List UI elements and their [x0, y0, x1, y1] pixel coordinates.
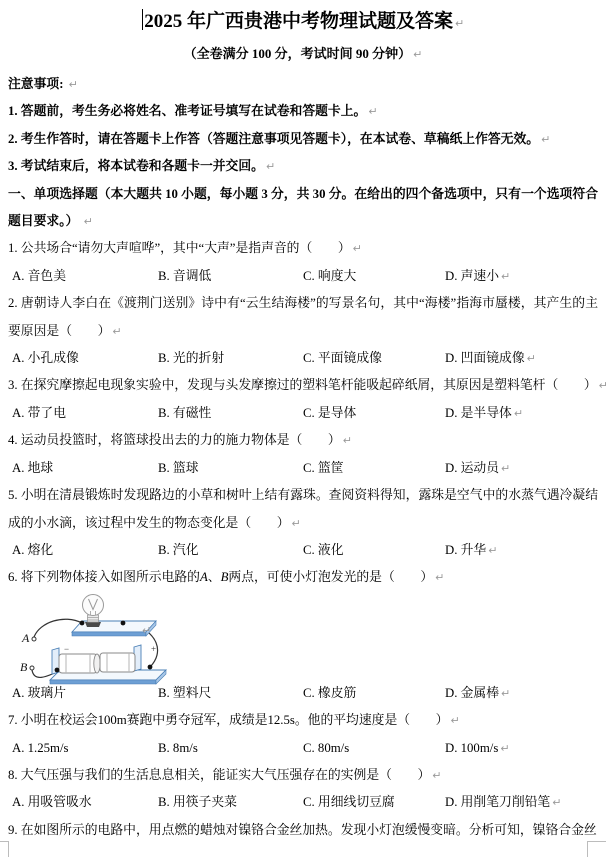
- question-text: 6. 将下列物体接入如图所示电路的A、B两点，可使小灯泡发光的是（ ）↵: [8, 564, 598, 591]
- question-text: 5. 小明在清晨锻炼时发现路边的小草和树叶上结有露珠。查阅资料得知，露珠是空气中…: [8, 482, 598, 537]
- paragraph-mark-icon: ↵: [292, 517, 301, 530]
- option-d: D. 声速小↵: [445, 263, 598, 290]
- text-boundary-mark-bottom-left: [0, 841, 9, 857]
- option-b: B. 8m/s: [158, 735, 303, 762]
- paragraph-mark-icon: ↵: [435, 571, 444, 584]
- question-6: 6. 将下列物体接入如图所示电路的A、B两点，可使小灯泡发光的是（ ）↵: [8, 564, 598, 707]
- paragraph-mark-icon: ↵: [599, 379, 606, 392]
- bulb-neck: [88, 615, 99, 622]
- bulb-globe: [83, 594, 104, 615]
- paragraph-mark-icon: ↵: [142, 624, 151, 637]
- option-a: A. 用吸管吸水: [12, 789, 158, 816]
- question-4: 4. 运动员投篮时，将篮球投出去的力的施力物体是（ ）↵ A. 地球 B. 篮球…: [8, 427, 598, 482]
- option-c: C. 80m/s: [303, 735, 445, 762]
- question-7: 7. 小明在校运会100m赛跑中勇夺冠军，成绩是12.5s。他的平均速度是（ ）…: [8, 707, 598, 762]
- option-a: A. 音色美: [12, 263, 158, 290]
- question-2: 2. 唐朝诗人李白在《渡荆门送别》诗中有“云生结海楼”的写景名句，其中“海楼”指…: [8, 290, 598, 372]
- doc-title-text: 2025 年广西贵港中考物理试题及答案: [144, 11, 453, 32]
- paragraph-mark-icon: ↵: [69, 78, 78, 91]
- option-row: A. 地球 B. 篮球 C. 篮筐 D. 运动员↵: [8, 455, 598, 482]
- question-9: 9. 在如图所示的电路中，用点燃的蜡烛对镍铬合金丝加热。发现小灯泡缓慢变暗。分析…: [8, 817, 598, 844]
- battery-cell-cap: [94, 654, 100, 673]
- question-text: 1. 公共场合“请勿大声喧哗”，其中“大声”是指声音的（ ）↵: [8, 235, 598, 262]
- paragraph-mark-icon: ↵: [112, 325, 121, 338]
- document-page: 2025 年广西贵港中考物理试题及答案↵ （全卷满分 100 分，考试时间 90…: [0, 0, 606, 844]
- bulb-platform-front: [72, 632, 146, 636]
- option-a: A. 熔化: [12, 537, 158, 564]
- option-b: B. 音调低: [158, 263, 303, 290]
- terminal-b-label: B: [20, 660, 28, 674]
- battery-terminal-positive: [148, 664, 153, 669]
- section-heading: 一、单项选择题（本大题共 10 小题，每小题 3 分，共 30 分。在给出的四个…: [8, 181, 598, 236]
- battery-cell-right: [100, 653, 135, 672]
- terminal-b: [30, 666, 34, 670]
- option-c: C. 橡皮筋: [303, 680, 445, 707]
- variable-a: A: [200, 570, 208, 584]
- paragraph-mark-icon: ↵: [501, 462, 510, 475]
- terminal-a: [32, 637, 36, 641]
- doc-subtitle-text: （全卷满分 100 分，考试时间 90 分钟）: [184, 46, 412, 61]
- bulb-terminal-right: [121, 620, 126, 625]
- option-row: A. 带了电 B. 有磁性 C. 是导体 D. 是半导体↵: [8, 400, 598, 427]
- question-text: 9. 在如图所示的电路中，用点燃的蜡烛对镍铬合金丝加热。发现小灯泡缓慢变暗。分析…: [8, 817, 598, 844]
- bulb-terminal-left: [80, 620, 85, 625]
- question-1: 1. 公共场合“请勿大声喧哗”，其中“大声”是指声音的（ ）↵ A. 音色美 B…: [8, 235, 598, 290]
- circuit-diagram: − + A B: [20, 592, 200, 688]
- question-text: 4. 运动员投篮时，将篮球投出去的力的施力物体是（ ）↵: [8, 427, 598, 454]
- paragraph-mark-icon: ↵: [343, 434, 352, 447]
- paragraph-mark-icon: ↵: [527, 352, 536, 365]
- option-a: A. 带了电: [12, 400, 158, 427]
- option-c: C. 用细线切豆腐: [303, 789, 445, 816]
- paragraph-mark-icon: ↵: [413, 48, 422, 61]
- paragraph-mark-icon: ↵: [432, 769, 441, 782]
- option-a: A. 小孔成像: [12, 345, 158, 372]
- option-c: C. 是导体: [303, 400, 445, 427]
- question-text: 7. 小明在校运会100m赛跑中勇夺冠军，成绩是12.5s。他的平均速度是（ ）…: [8, 707, 598, 734]
- option-a: A. 地球: [12, 455, 158, 482]
- notice-item-3: 3. 考试结束后，将本试卷和各题卡一并交回。↵: [8, 153, 598, 180]
- terminal-a-label: A: [21, 631, 30, 645]
- bulb-socket: [85, 622, 101, 627]
- option-c: C. 液化: [303, 537, 445, 564]
- battery-cell-left: [59, 654, 97, 673]
- paragraph-mark-icon: ↵: [500, 742, 509, 755]
- paragraph-mark-icon: ↵: [514, 407, 523, 420]
- notice-heading: 注意事项: ↵: [8, 71, 598, 98]
- option-b: B. 汽化: [158, 537, 303, 564]
- doc-title: 2025 年广西贵港中考物理试题及答案↵: [8, 6, 598, 40]
- battery-platform-front: [50, 680, 156, 684]
- question-8: 8. 大气压强与我们的生活息息相关，能证实大气压强存在的实例是（ ）↵ A. 用…: [8, 762, 598, 817]
- paragraph-mark-icon: ↵: [353, 242, 362, 255]
- paragraph-mark-icon: ↵: [368, 105, 377, 118]
- text-boundary-mark-bottom-right: [587, 841, 606, 857]
- notice-item-2: 2. 考生作答时，请在答题卡上作答（答题注意事项见答题卡），在本试卷、草稿纸上作…: [8, 126, 598, 153]
- paragraph-mark-icon: ↵: [552, 796, 561, 809]
- option-b: B. 用筷子夹菜: [158, 789, 303, 816]
- option-d: D. 金属棒↵: [445, 680, 598, 707]
- option-d: D. 100m/s↵: [445, 735, 598, 762]
- option-row: A. 1.25m/s B. 8m/s C. 80m/s D. 100m/s↵: [8, 735, 598, 762]
- option-row: A. 小孔成像 B. 光的折射 C. 平面镜成像 D. 凹面镜成像↵: [8, 345, 598, 372]
- paragraph-mark-icon: ↵: [501, 270, 510, 283]
- paragraph-mark-icon: ↵: [84, 215, 93, 228]
- option-d: D. 运动员↵: [445, 455, 598, 482]
- option-d: D. 是半导体↵: [445, 400, 598, 427]
- circuit-figure: − + A B ↵: [20, 592, 200, 680]
- option-b: B. 篮球: [158, 455, 303, 482]
- option-row: A. 熔化 B. 汽化 C. 液化 D. 升华↵: [8, 537, 598, 564]
- option-c: C. 响度大: [303, 263, 445, 290]
- paragraph-mark-icon: ↵: [501, 687, 510, 700]
- minus-label: −: [64, 644, 69, 654]
- paragraph-mark-icon: ↵: [266, 160, 275, 173]
- option-d: D. 用削笔刀削铅笔↵: [445, 789, 598, 816]
- option-d: D. 凹面镜成像↵: [445, 345, 598, 372]
- question-text: 3. 在探究摩擦起电现象实验中，发现与头发摩擦过的塑料笔杆能吸起碎纸屑，其原因是…: [8, 372, 598, 399]
- option-d: D. 升华↵: [445, 537, 598, 564]
- option-b: B. 光的折射: [158, 345, 303, 372]
- paragraph-mark-icon: ↵: [450, 714, 459, 727]
- battery-terminal-negative: [55, 667, 60, 672]
- paragraph-mark-icon: ↵: [488, 544, 497, 557]
- paragraph-mark-icon: ↵: [541, 133, 550, 146]
- option-row: A. 用吸管吸水 B. 用筷子夹菜 C. 用细线切豆腐 D. 用削笔刀削铅笔↵: [8, 789, 598, 816]
- plus-label: +: [151, 644, 156, 654]
- paragraph-mark-icon: ↵: [455, 17, 464, 30]
- option-b: B. 有磁性: [158, 400, 303, 427]
- option-row: A. 音色美 B. 音调低 C. 响度大 D. 声速小↵: [8, 263, 598, 290]
- notice-item-1: 1. 答题前，考生务必将姓名、准考证号填写在试卷和答题卡上。↵: [8, 98, 598, 125]
- question-5: 5. 小明在清晨锻炼时发现路边的小草和树叶上结有露珠。查阅资料得知，露珠是空气中…: [8, 482, 598, 564]
- question-text: 2. 唐朝诗人李白在《渡荆门送别》诗中有“云生结海楼”的写景名句，其中“海楼”指…: [8, 290, 598, 345]
- doc-subtitle: （全卷满分 100 分，考试时间 90 分钟）↵: [8, 40, 598, 69]
- option-c: C. 篮筐: [303, 455, 445, 482]
- question-text: 8. 大气压强与我们的生活息息相关，能证实大气压强存在的实例是（ ）↵: [8, 762, 598, 789]
- option-a: A. 1.25m/s: [12, 735, 158, 762]
- question-3: 3. 在探究摩擦起电现象实验中，发现与头发摩擦过的塑料笔杆能吸起碎纸屑，其原因是…: [8, 372, 598, 427]
- option-c: C. 平面镜成像: [303, 345, 445, 372]
